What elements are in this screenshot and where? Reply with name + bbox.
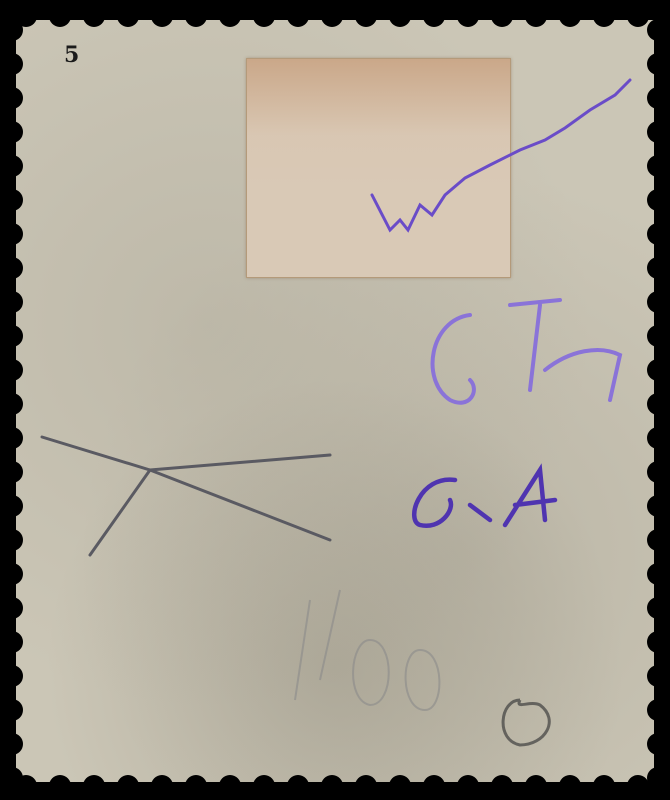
violet-signature-2 bbox=[433, 315, 474, 403]
stamp-markings: 5 bbox=[0, 0, 670, 800]
pencil-mark bbox=[42, 437, 330, 555]
pencil-notes bbox=[295, 590, 439, 710]
corner-mark: 5 bbox=[64, 42, 79, 68]
violet-signature-3 bbox=[414, 470, 555, 526]
violet-signature-1 bbox=[372, 80, 630, 230]
